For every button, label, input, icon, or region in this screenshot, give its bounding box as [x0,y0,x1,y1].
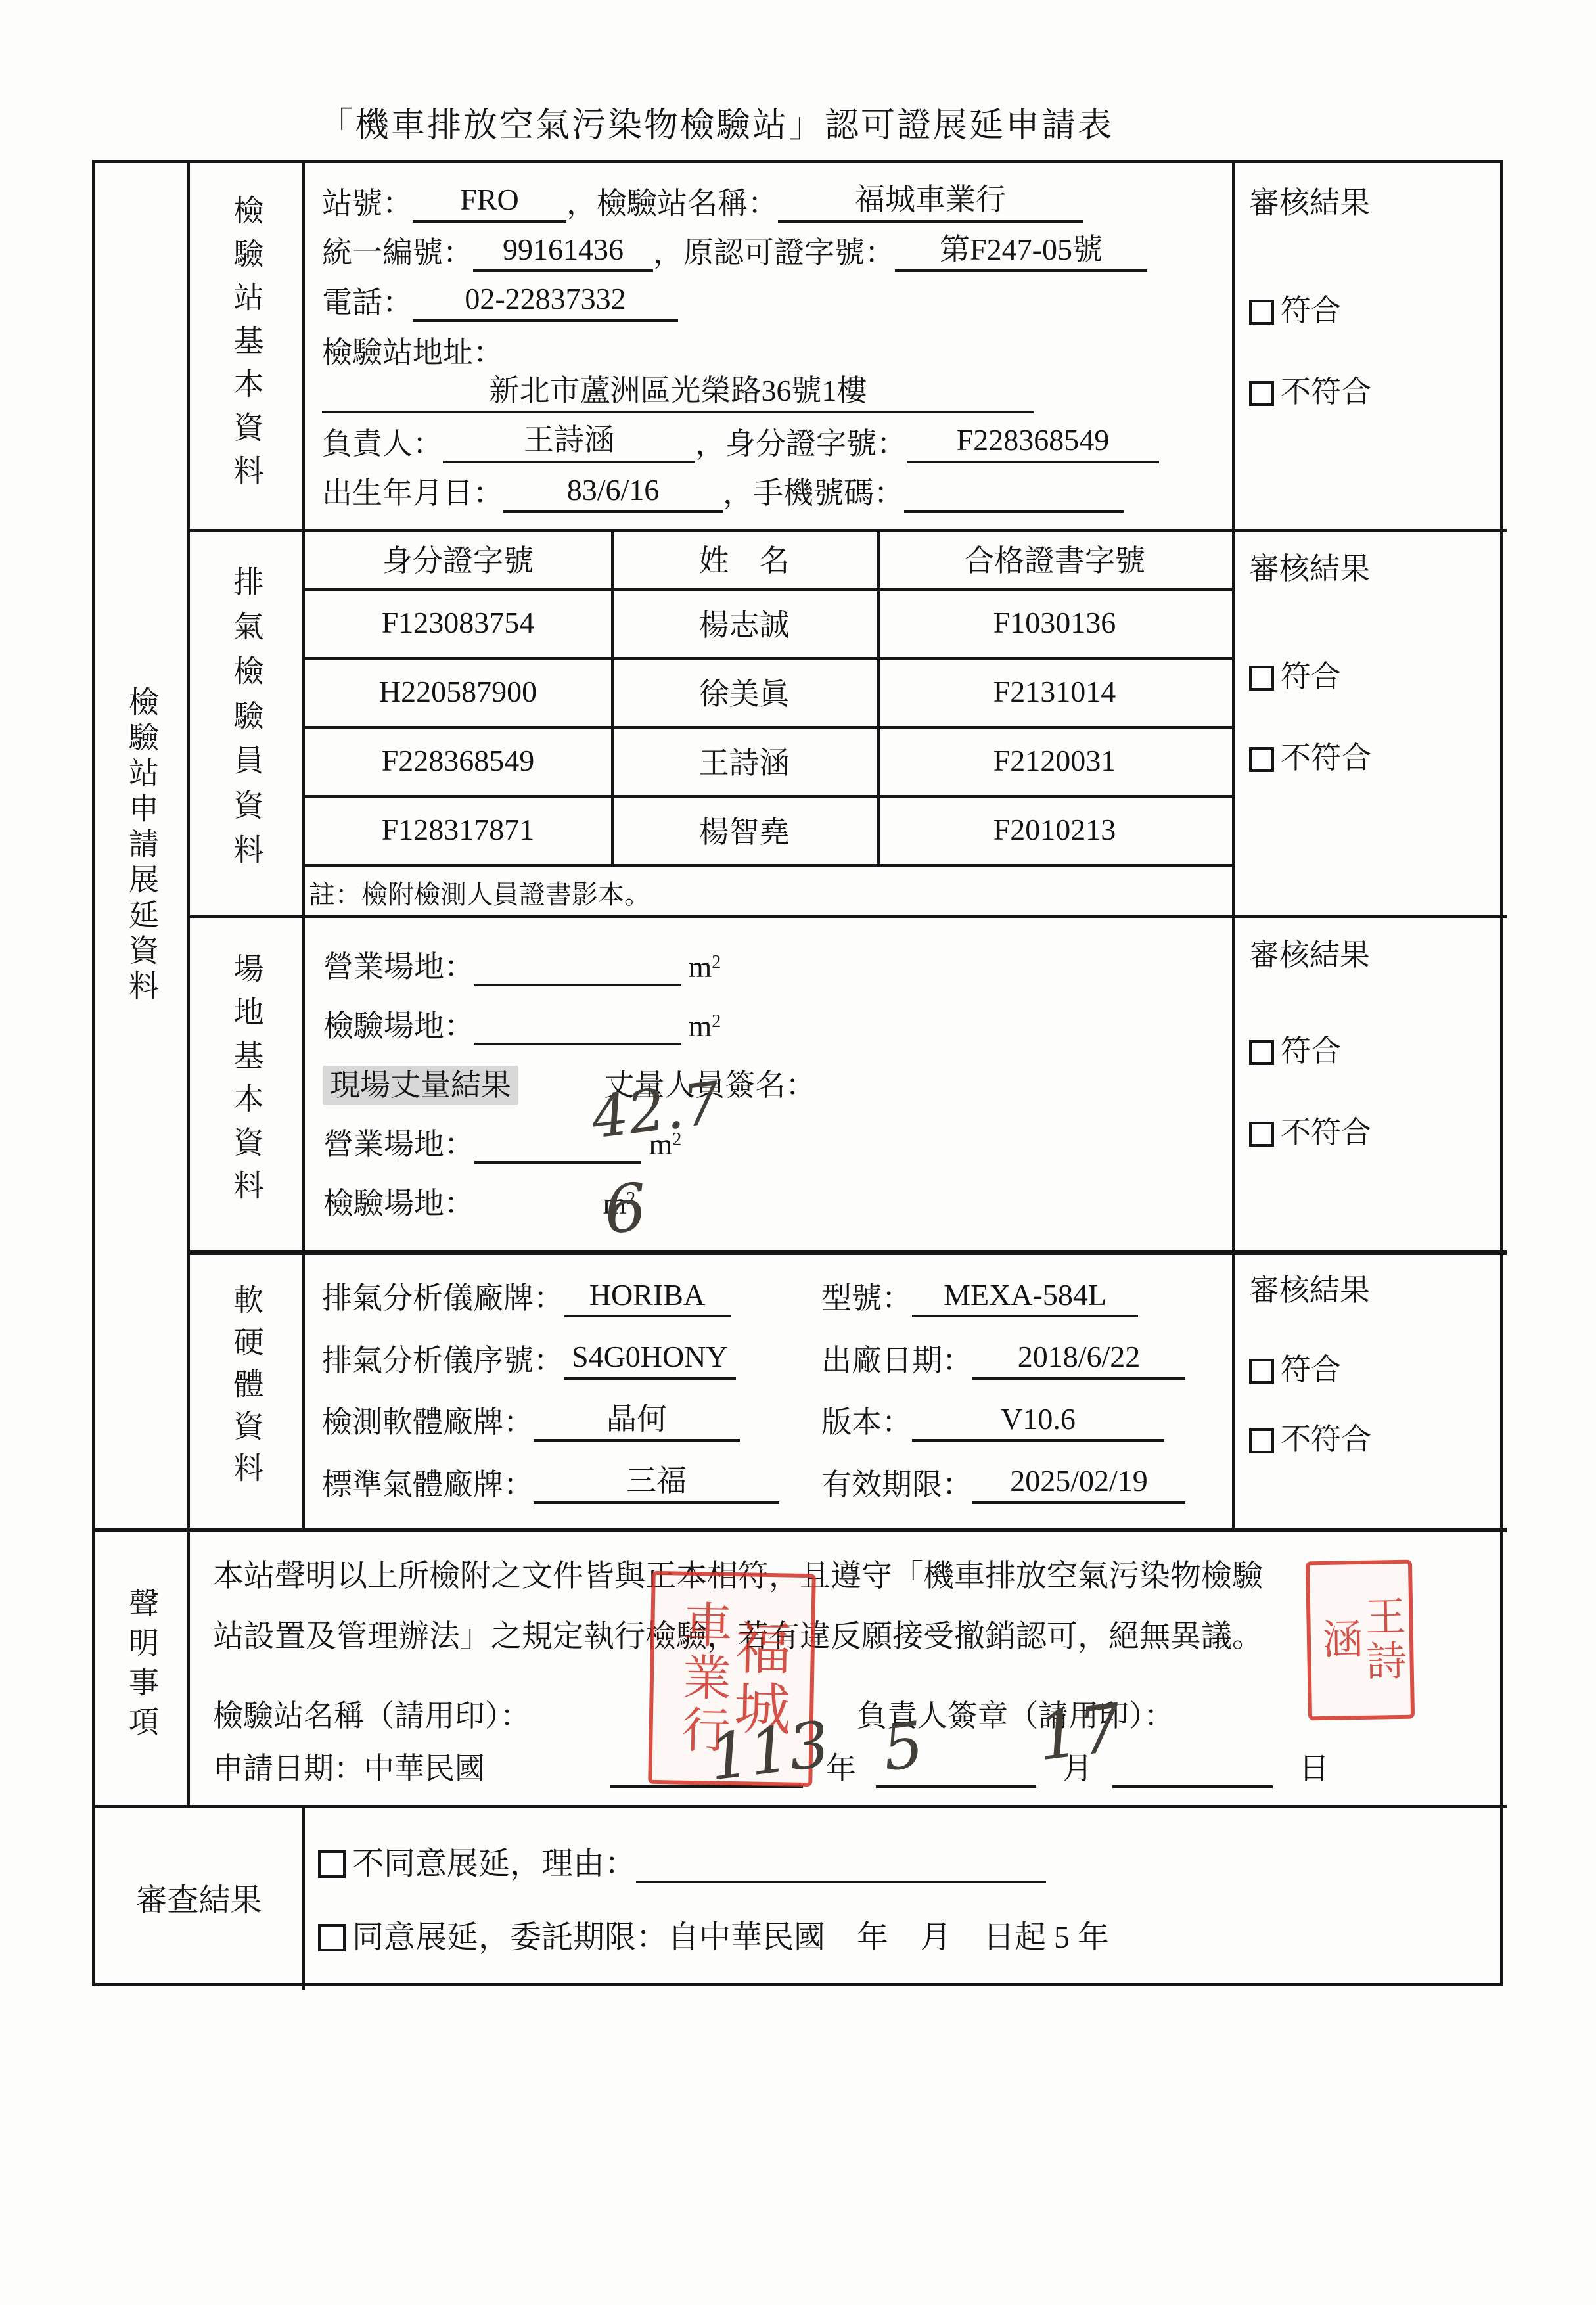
site-info-cell: 營業場地： m2 檢驗場地： m2 現場丈量結果 丈量人員簽名： 營業場地： m… [305,915,1232,1250]
audit-block-site: 審核結果 符合 不符合 [1235,915,1507,1250]
pass-checkbox[interactable] [1249,300,1274,325]
analyzer-brand-line: 排氣分析儀廠牌：HORIBA 型號：MEXA-584L [322,1274,1215,1317]
birth-value: 83/6/16 [503,471,723,513]
review-agree-line: 同意展延，委託期限：自中華民國 年 月 日起 5 年 [318,1911,1493,1957]
gas-brand-value: 三福 [534,1462,779,1504]
audit-title: 審核結果 [1249,545,1370,588]
measure-inspect-blank [474,1221,595,1223]
gas-brand-label: 標準氣體廠牌： [322,1468,534,1501]
section-label-site: 場地基本資料 [190,915,302,1250]
phone-line: 電話：02-22837332 [322,279,1215,322]
review-cell: 不同意展延，理由： 同意展延，委託期限：自中華民國 年 月 日起 5 年 [305,1805,1507,1990]
mobile-label: ，手機號碼： [723,476,904,510]
pass-checkbox[interactable] [1249,666,1274,691]
personnel-header-id: 身分證字號 [382,537,534,580]
measure-title: 現場丈量結果 [323,1066,518,1105]
disagree-checkbox[interactable] [318,1850,346,1878]
personnel-cell-id: F228368549 [382,743,535,778]
ship-date-value: 2018/6/22 [972,1338,1185,1380]
form-title: 「機車排放空氣污染物檢驗站」認可證展延申請表 [59,97,1373,147]
audit-fail-option: 不符合 [1249,1415,1371,1459]
owner-label: 負責人： [322,427,443,461]
serial-line: 排氣分析儀序號：S4G0HONY 出廠日期：2018/6/22 [322,1336,1215,1380]
owner-line: 負責人：王詩涵，身分證字號：F228368549 [322,420,1215,463]
measure-sign-label: 丈量人員簽名： [604,1068,816,1102]
fail-checkbox[interactable] [1249,381,1274,406]
site-inspect-label: 檢驗場地： [323,1009,474,1043]
personnel-cell-cert: F2131014 [993,674,1116,709]
apply-date-label: 申請日期：中華民國 [213,1752,485,1785]
site-business-label: 營業場地： [323,950,474,984]
hardware-info-cell: 排氣分析儀廠牌：HORIBA 型號：MEXA-584L 排氣分析儀序號：S4G0… [305,1250,1232,1528]
personnel-cell-id: F123083754 [382,605,535,640]
uniform-no-label: 統一編號： [322,236,473,269]
measure-inspect-label: 檢驗場地： [323,1187,474,1220]
audit-block-hardware: 審核結果 符合 不符合 [1235,1250,1507,1528]
personnel-header-cert: 合格證書字號 [964,537,1145,580]
agree-checkbox[interactable] [318,1924,346,1951]
station-name-value: 福城車業行 [778,181,1083,223]
address-label: 檢驗站地址： [322,336,503,369]
declaration-cell: 本站聲明以上所檢附之文件皆與正本相符，且遵守「機車排放空氣污染物檢驗 站設置及管… [190,1528,1507,1805]
audit-title: 審核結果 [1249,1266,1370,1310]
personnel-header-name: 姓 名 [699,537,790,580]
personnel-cell-cert: F2010213 [993,812,1116,847]
model-value: MEXA-584L [912,1276,1138,1318]
serial-value: S4G0HONY [564,1338,736,1380]
date-day-blank [1112,1784,1273,1788]
review-disagree-line: 不同意展延，理由： [318,1838,1493,1883]
mobile-value [904,509,1124,513]
audit-pass-option: 符合 [1249,652,1341,696]
declaration-label: 聲明事項 [95,1528,187,1805]
fail-checkbox[interactable] [1249,1122,1274,1147]
address-line: 檢驗站地址：新北市蘆洲區光榮路36號1樓 [322,329,1215,414]
expiry-label: 有效期限： [821,1468,972,1501]
review-label: 審查結果 [95,1805,302,1990]
station-no-value: FRO [413,181,566,223]
declaration-body: 本站聲明以上所檢附之文件皆與正本相符，且遵守「機車排放空氣污染物檢驗 站設置及管… [213,1546,1481,1667]
version-label: 版本： [821,1405,912,1439]
pass-checkbox[interactable] [1249,1359,1274,1384]
measure-business-label: 營業場地： [323,1128,474,1161]
personnel-note: 註：檢附檢測人員證書影本。 [309,874,1163,911]
disagree-reason-blank [636,1879,1046,1883]
model-label: 型號： [821,1281,912,1315]
software-brand-label: 檢測軟體廠牌： [322,1405,534,1439]
personnel-cell-name: 王詩涵 [699,739,790,783]
audit-fail-option: 不符合 [1249,734,1371,777]
personnel-cell-cert: F1030136 [993,605,1116,640]
owner-stamp-seal: 王詩 涵 [1306,1560,1415,1721]
measure-title-line: 現場丈量結果 丈量人員簽名： [323,1061,1214,1105]
personnel-cell-name: 楊志誠 [699,601,790,645]
ship-date-label: 出廠日期： [821,1344,972,1377]
section-label-personnel: 排氣檢驗員資料 [190,529,302,915]
gas-brand-line: 標準氣體廠牌：三福 有效期限：2025/02/19 [322,1461,1215,1504]
phone-value: 02-22837332 [413,280,678,322]
station-name-label: ，檢驗站名稱： [566,187,778,220]
personnel-cell-cert: F2120031 [993,743,1116,778]
personnel-table: 身分證字號 姓 名 合格證書字號 F123083754 楊志誠 F1030136… [305,529,1232,864]
audit-block-personnel: 審核結果 符合 不符合 [1235,529,1507,915]
station-info-cell: 站號：FRO，檢驗站名稱：福城車業行 統一編號：99161436，原認可證字號：… [305,163,1232,529]
personnel-cell-id: H220587900 [379,674,537,709]
audit-pass-option: 符合 [1249,1027,1341,1070]
uniform-no-value: 99161436 [473,231,653,273]
station-seal-label: 檢驗站名稱（請用印）： [213,1692,530,1735]
personnel-cell-id: F128317871 [382,812,535,847]
measure-business-blank [474,1160,641,1164]
section-label-station: 檢驗站基本資料 [190,163,302,529]
personnel-cell-name: 徐美眞 [699,670,790,714]
station-no-line: 站號：FRO，檢驗站名稱：福城車業行 [322,179,1215,223]
audit-title: 審核結果 [1249,179,1370,222]
owner-id-value: F228368549 [907,421,1159,463]
site-inspect-line: 檢驗場地： m2 [323,1002,1214,1045]
divider [302,864,1232,867]
site-business-blank [474,982,681,986]
uniform-no-line: 統一編號：99161436，原認可證字號：第F247-05號 [322,229,1215,272]
birth-line: 出生年月日：83/6/16，手機號碼： [322,469,1215,513]
section-label-hardware: 軟硬體資料 [190,1250,302,1528]
pass-checkbox[interactable] [1249,1040,1274,1065]
audit-title: 審核結果 [1249,931,1370,974]
audit-block-station: 審核結果 符合 不符合 [1235,163,1507,529]
audit-fail-option: 不符合 [1249,368,1371,411]
scanned-form-page: 「機車排放空氣污染物檢驗站」認可證展延申請表 檢驗站申請展延資料 檢驗站基本資料… [0,0,1596,2305]
audit-pass-option: 符合 [1249,286,1341,330]
address-value: 新北市蘆洲區光榮路36號1樓 [322,372,1034,414]
unit-m2: m2 [689,1009,721,1043]
audit-pass-option: 符合 [1249,1346,1341,1389]
owner-value: 王詩涵 [443,421,695,463]
audit-fail-option: 不符合 [1249,1108,1371,1152]
phone-label: 電話： [322,286,413,319]
birth-label: 出生年月日： [322,476,503,510]
measure-inspect-line: 檢驗場地： m2 [323,1179,1214,1223]
expiry-value: 2025/02/19 [972,1462,1185,1504]
station-stamp-seal: 福城 車業行 [648,1571,816,1787]
fail-checkbox[interactable] [1249,1428,1274,1453]
date-month-blank [876,1784,1036,1788]
unit-m2: m2 [603,1187,636,1220]
version-value: V10.6 [912,1400,1164,1442]
analyzer-brand-value: HORIBA [564,1276,731,1318]
sidebar-group-label: 檢驗站申請展延資料 [95,163,187,1528]
personnel-cell-name: 楊智堯 [699,808,790,852]
orig-cert-value: 第F247-05號 [895,231,1147,273]
unit-m2: m2 [649,1128,682,1161]
unit-m2: m2 [689,950,721,984]
site-inspect-blank [474,1041,681,1045]
serial-label: 排氣分析儀序號： [322,1344,564,1377]
fail-checkbox[interactable] [1249,747,1274,772]
disagree-label: 不同意展延，理由： [352,1846,636,1881]
analyzer-brand-label: 排氣分析儀廠牌： [322,1281,564,1315]
site-business-line: 營業場地： m2 [323,943,1214,986]
station-no-label: 站號： [322,187,413,220]
software-brand-line: 檢測軟體廠牌：晶何 版本：V10.6 [322,1398,1215,1442]
software-brand-value: 晶何 [534,1400,740,1442]
measure-business-line: 營業場地： m2 [323,1120,1214,1164]
form-table: 檢驗站申請展延資料 檢驗站基本資料 排氣檢驗員資料 場地基本資料 軟硬體資料 站… [92,160,1503,1986]
owner-id-label: ，身分證字號： [695,427,907,461]
owner-seal-label: 負責人簽章（請用印）： [857,1692,1174,1735]
agree-label: 同意展延，委託期限：自中華民國 年 月 日起 5 年 [352,1920,1109,1955]
orig-cert-label: ，原認可證字號： [653,236,895,269]
